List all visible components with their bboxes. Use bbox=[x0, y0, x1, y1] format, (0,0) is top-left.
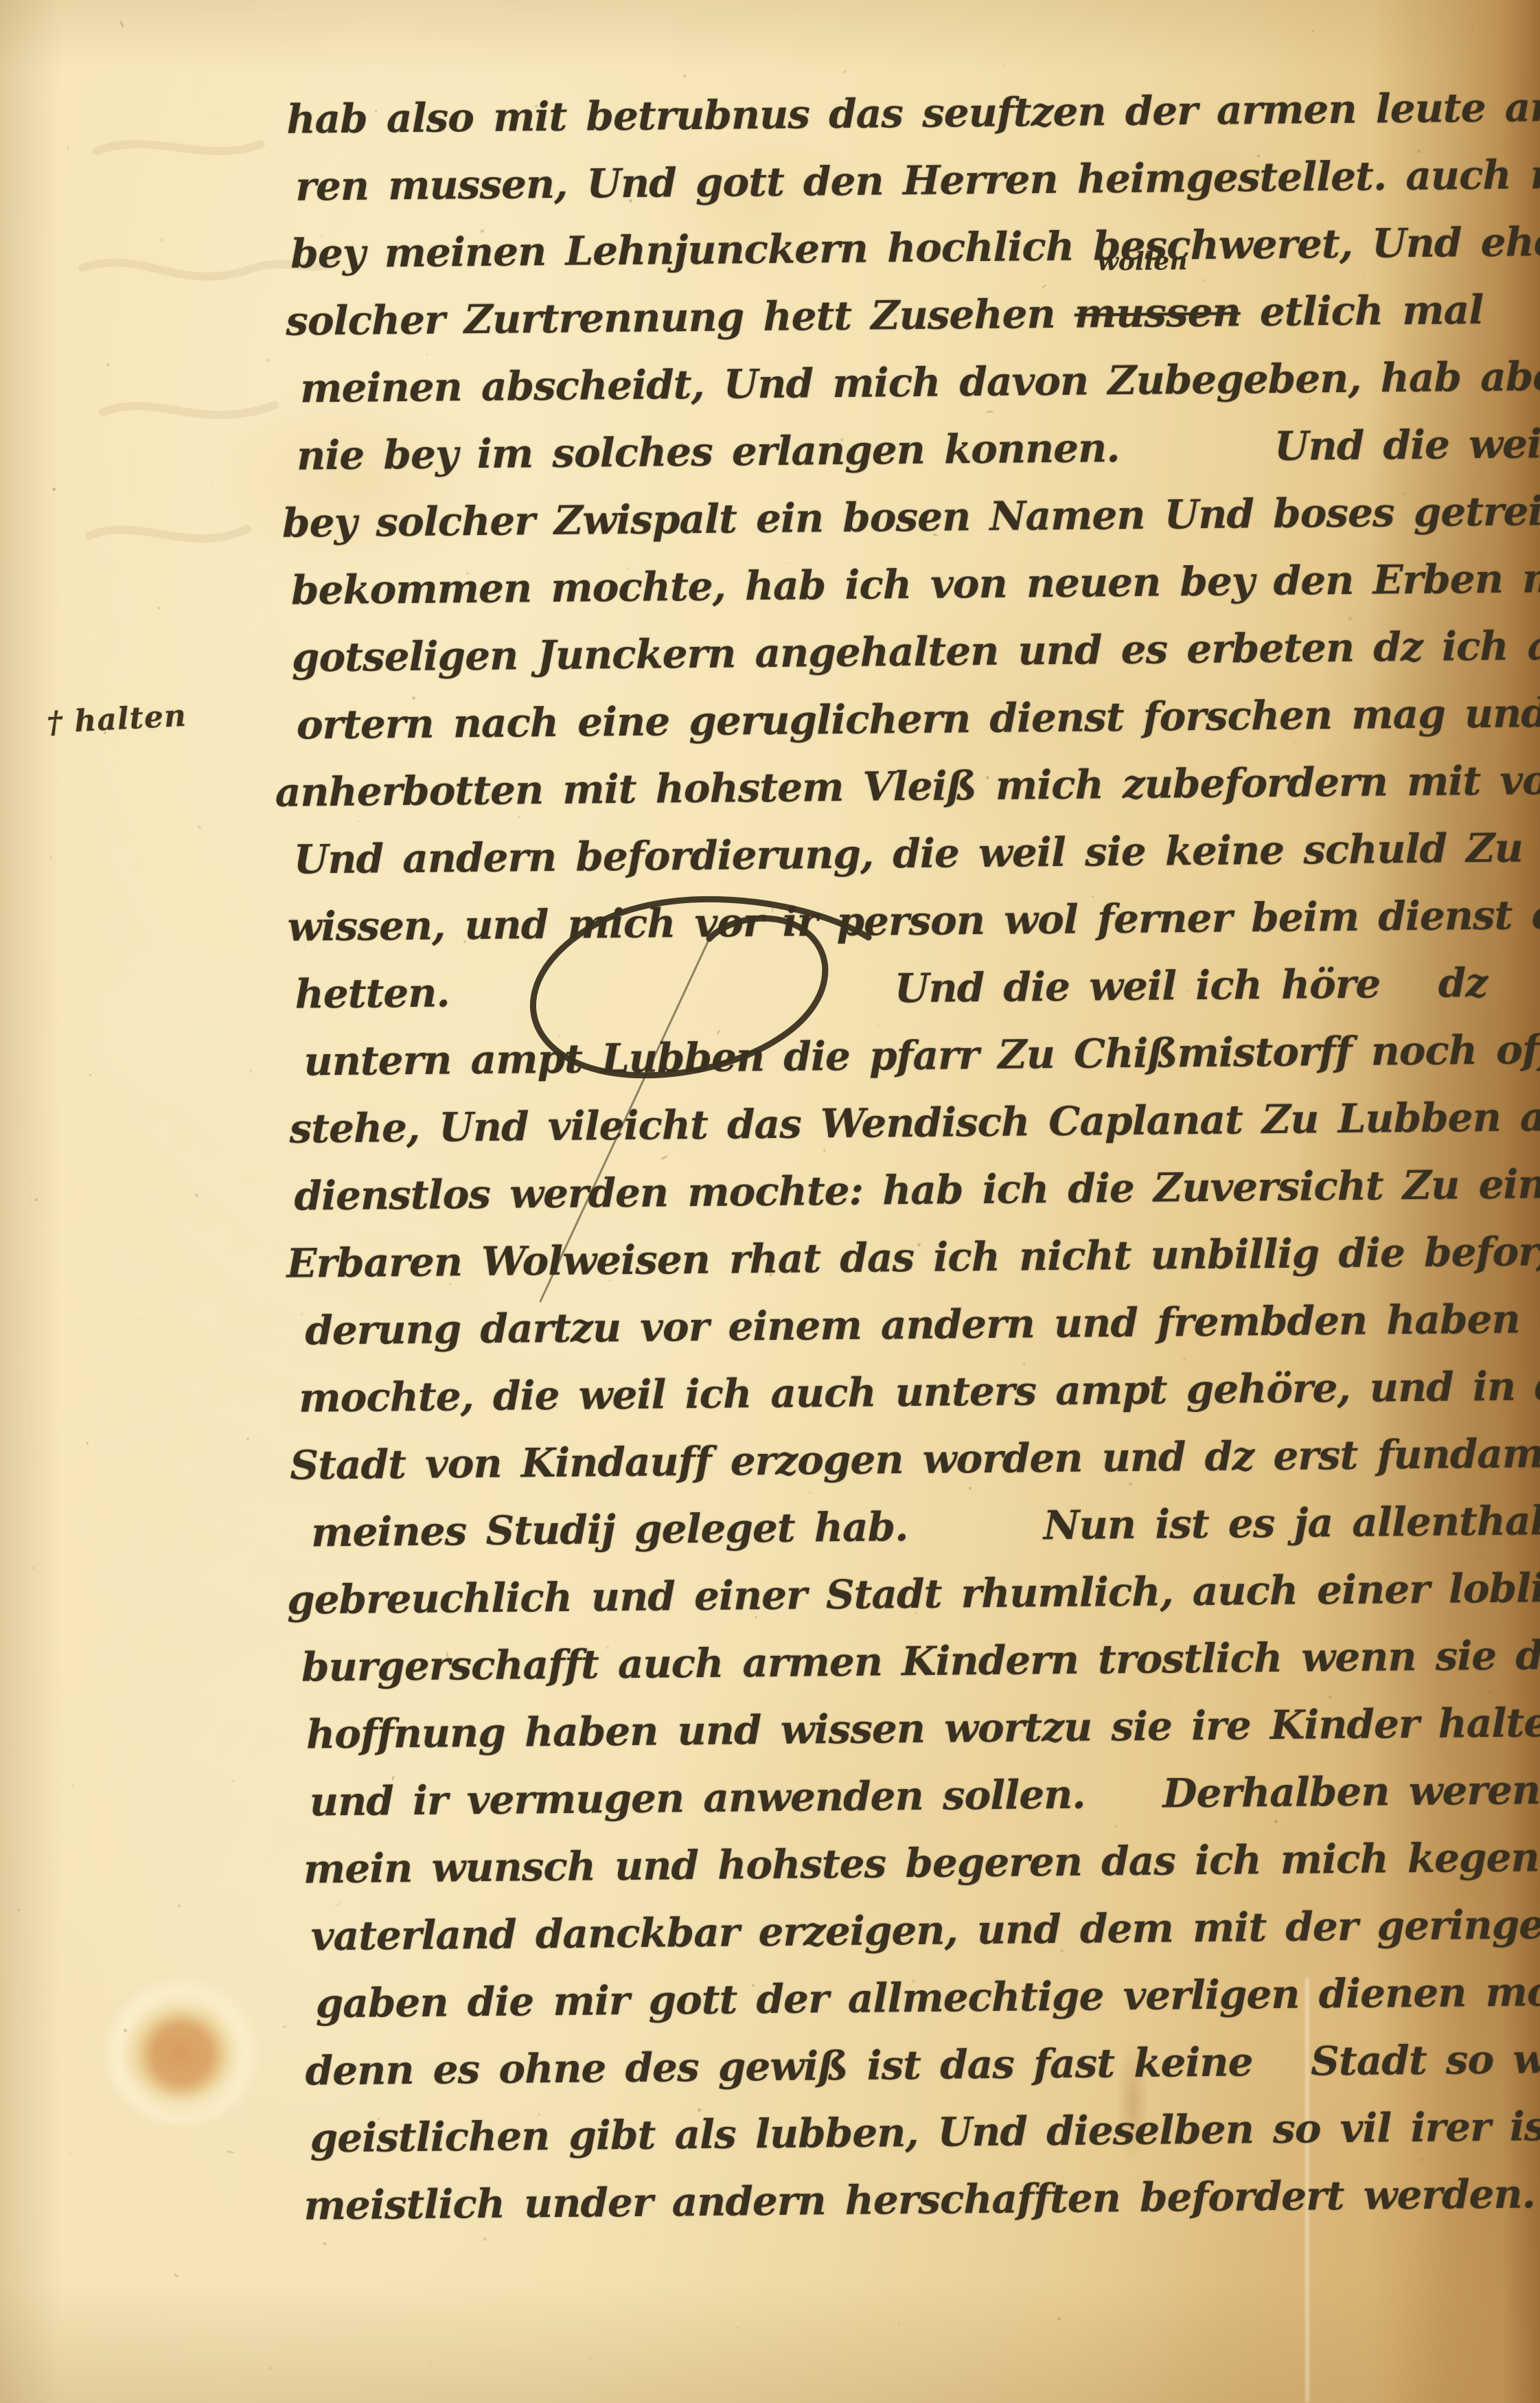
manuscript-page: † halten hab also mit betrubnus das seuf… bbox=[0, 0, 1540, 2403]
manuscript-text: hab also mit betrubnus das seuftzen der … bbox=[0, 73, 1540, 2242]
struck-word: mussenwollen bbox=[1074, 278, 1241, 347]
line-segment: solcher Zurtrennung hett Zusehen bbox=[286, 291, 1074, 345]
line-segment: etlich mal begeret bbox=[1240, 284, 1540, 336]
inserted-word: wollen bbox=[1097, 249, 1188, 274]
manuscript-lines: hab also mit betrubnus das seuftzen der … bbox=[0, 73, 1540, 2242]
manuscript-line: meistlich under andern herschafften befo… bbox=[10, 2160, 1540, 2242]
